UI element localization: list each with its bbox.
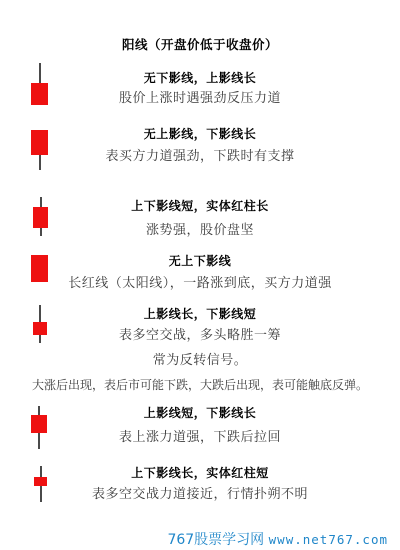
candlestick-tutorial-page: 阳线（开盘价低于收盘价） 无下影线，上影线长 股价上涨时遇强劲反压力道 无上影线… (0, 0, 400, 550)
section-description: 长红线（太阳线），一路涨到底，买方力道强 (0, 276, 400, 291)
section-description: 表多空交战，多头略胜一筹 (0, 328, 400, 343)
section-description: 表买方力道强劲，下跌时有支撑 (0, 149, 400, 164)
section-heading: 上下影线短，实体红柱长 (0, 199, 400, 214)
section-description: 常为反转信号。 (0, 353, 400, 368)
section-description: 表多空交战力道接近，行情扑朔不明 (0, 487, 400, 502)
section-heading: 上影线长，下影线短 (0, 307, 400, 322)
section-description: 表上涨力道强，下跌后拉回 (0, 430, 400, 445)
footer-watermark: 767股票学习网 www.net767.com (167, 529, 388, 549)
section-heading: 无下影线，上影线长 (0, 71, 400, 86)
section-description: 涨势强，股价盘坚 (0, 223, 400, 238)
section-heading: 上影线短，下影线长 (0, 406, 400, 421)
section-description: 股价上涨时遇强劲反压力道 (0, 91, 400, 106)
section-heading: 无上影线，下影线长 (0, 127, 400, 142)
footer-site-url: www.net767.com (269, 532, 388, 547)
section-description: 大涨后出现，表后市可能下跌，大跌后出现，表可能触底反弹。 (0, 378, 400, 393)
section-heading: 无上下影线 (0, 254, 400, 269)
page-title: 阳线（开盘价低于收盘价） (0, 37, 400, 52)
section-heading: 上下影线长，实体红柱短 (0, 466, 400, 481)
footer-site-name: 767股票学习网 (167, 532, 264, 548)
